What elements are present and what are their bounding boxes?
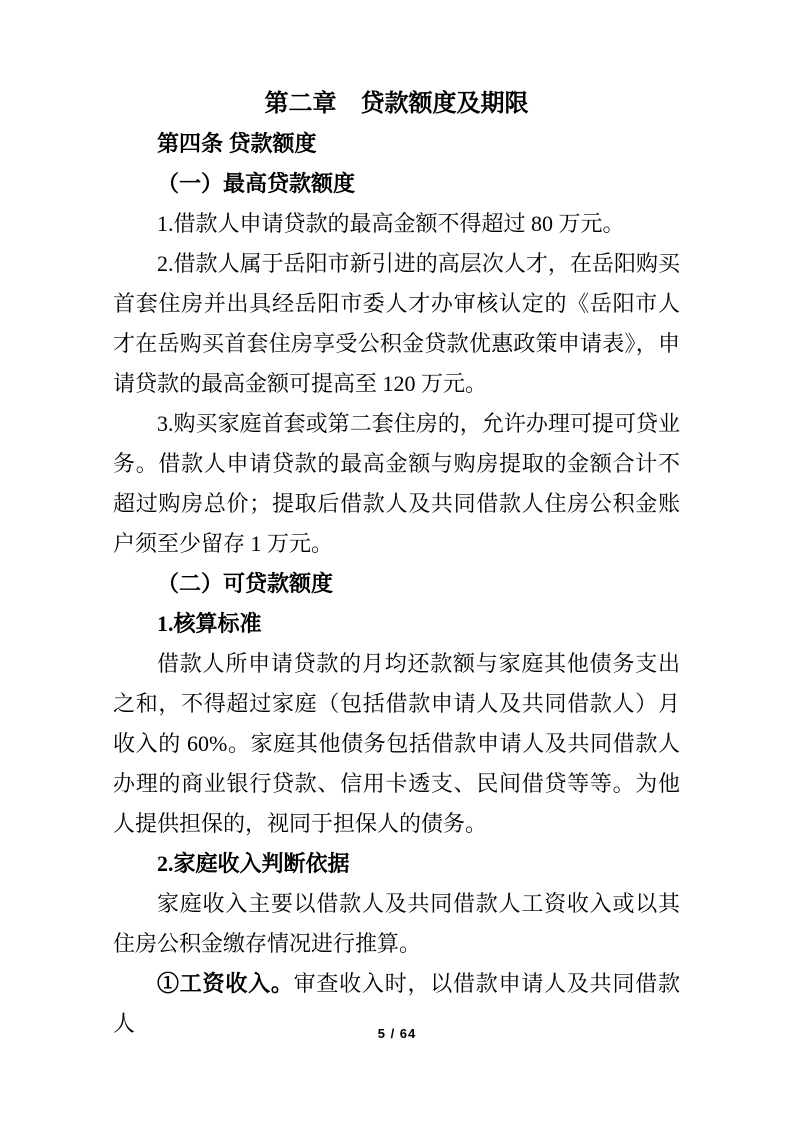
item-2-heading: 2.家庭收入判断依据	[113, 844, 680, 884]
paragraph-5: 家庭收入主要以借款人及共同借款人工资收入或以其住房公积金缴存情况进行推算。	[113, 884, 680, 964]
page-number: 5 / 64	[0, 1026, 794, 1041]
article-heading: 第四条 贷款额度	[113, 124, 680, 164]
chapter-title: 第二章 贷款额度及期限	[113, 84, 680, 124]
paragraph-3: 3.购买家庭首套或第二套住房的，允许办理可提可贷业务。借款人申请贷款的最高金额与…	[113, 404, 680, 564]
section-2-heading: （二）可贷款额度	[113, 564, 680, 604]
item-1-heading: 1.核算标准	[113, 604, 680, 644]
section-1-heading: （一）最高贷款额度	[113, 164, 680, 204]
document-page: 第二章 贷款额度及期限 第四条 贷款额度 （一）最高贷款额度 1.借款人申请贷款…	[0, 0, 794, 1122]
paragraph-1: 1.借款人申请贷款的最高金额不得超过 80 万元。	[113, 204, 680, 244]
paragraph-4: 借款人所申请贷款的月均还款额与家庭其他债务支出之和，不得超过家庭（包括借款申请人…	[113, 644, 680, 844]
paragraph-6-lead: ①工资收入。	[157, 971, 294, 996]
page-body: 第二章 贷款额度及期限 第四条 贷款额度 （一）最高贷款额度 1.借款人申请贷款…	[113, 84, 680, 1044]
paragraph-2: 2.借款人属于岳阳市新引进的高层次人才，在岳阳购买首套住房并出具经岳阳市委人才办…	[113, 244, 680, 404]
